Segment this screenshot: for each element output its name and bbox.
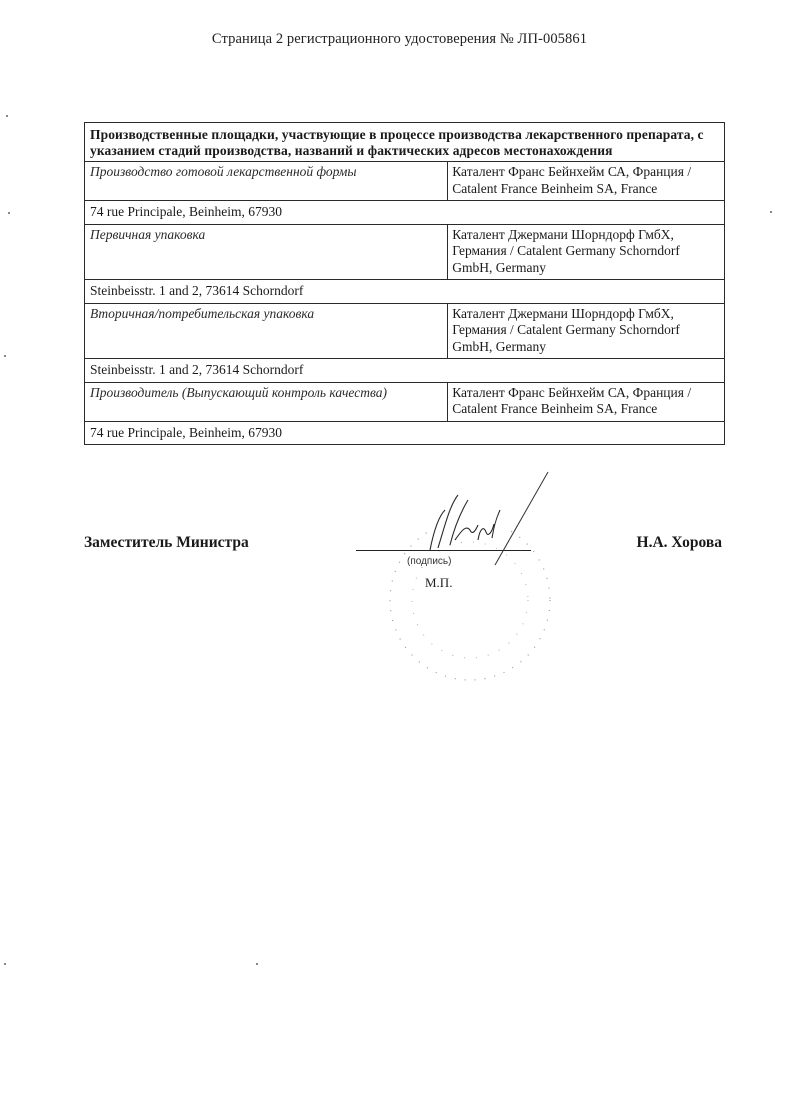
stamp-label: М.П. xyxy=(425,575,452,591)
stage-cell: Производство готовой лекарственной формы xyxy=(85,162,448,201)
manufacturing-sites-table: Производственные площадки, участвующие в… xyxy=(84,122,725,445)
table-title-row: Производственные площадки, участвующие в… xyxy=(85,123,725,162)
scan-speck xyxy=(4,355,6,357)
address-cell: 74 rue Principale, Beinheim, 67930 xyxy=(85,201,725,225)
address-row: 74 rue Principale, Beinheim, 67930 xyxy=(85,201,725,225)
stage-cell: Производитель (Выпускающий контроль каче… xyxy=(85,382,448,421)
table-row: Производство готовой лекарственной формы… xyxy=(85,162,725,201)
company-cell: Каталент Джермани Шорндорф ГмбХ, Германи… xyxy=(448,224,725,280)
address-row: Steinbeisstr. 1 and 2, 73614 Schorndorf xyxy=(85,280,725,304)
scan-speck xyxy=(8,212,10,214)
scan-speck xyxy=(770,211,772,213)
signature-caption: (подпись) xyxy=(407,556,451,567)
page-header: Страница 2 регистрационного удостоверени… xyxy=(0,31,799,48)
company-cell: Каталент Джермани Шорндорф ГмбХ, Германи… xyxy=(448,303,725,359)
address-cell: Steinbeisstr. 1 and 2, 73614 Schorndorf xyxy=(85,359,725,383)
address-cell: Steinbeisstr. 1 and 2, 73614 Schorndorf xyxy=(85,280,725,304)
address-row: 74 rue Principale, Beinheim, 67930 xyxy=(85,421,725,445)
scan-speck xyxy=(4,963,6,965)
table-row: Вторичная/потребительская упаковка Катал… xyxy=(85,303,725,359)
table-row: Производитель (Выпускающий контроль каче… xyxy=(85,382,725,421)
stage-cell: Вторичная/потребительская упаковка xyxy=(85,303,448,359)
scan-speck xyxy=(6,115,8,117)
address-cell: 74 rue Principale, Beinheim, 67930 xyxy=(85,421,725,445)
company-cell: Каталент Франс Бейнхейм СА, Франция / Ca… xyxy=(448,162,725,201)
stage-cell: Первичная упаковка xyxy=(85,224,448,280)
table-title: Производственные площадки, участвующие в… xyxy=(85,123,725,162)
address-row: Steinbeisstr. 1 and 2, 73614 Schorndorf xyxy=(85,359,725,383)
company-cell: Каталент Франс Бейнхейм СА, Франция / Ca… xyxy=(448,382,725,421)
scan-speck xyxy=(256,963,258,965)
handwritten-signature-icon xyxy=(400,470,550,570)
table-row: Первичная упаковка Каталент Джермани Шор… xyxy=(85,224,725,280)
signatory-position: Заместитель Министра xyxy=(84,534,249,552)
signatory-name: Н.А. Хорова xyxy=(637,534,722,552)
